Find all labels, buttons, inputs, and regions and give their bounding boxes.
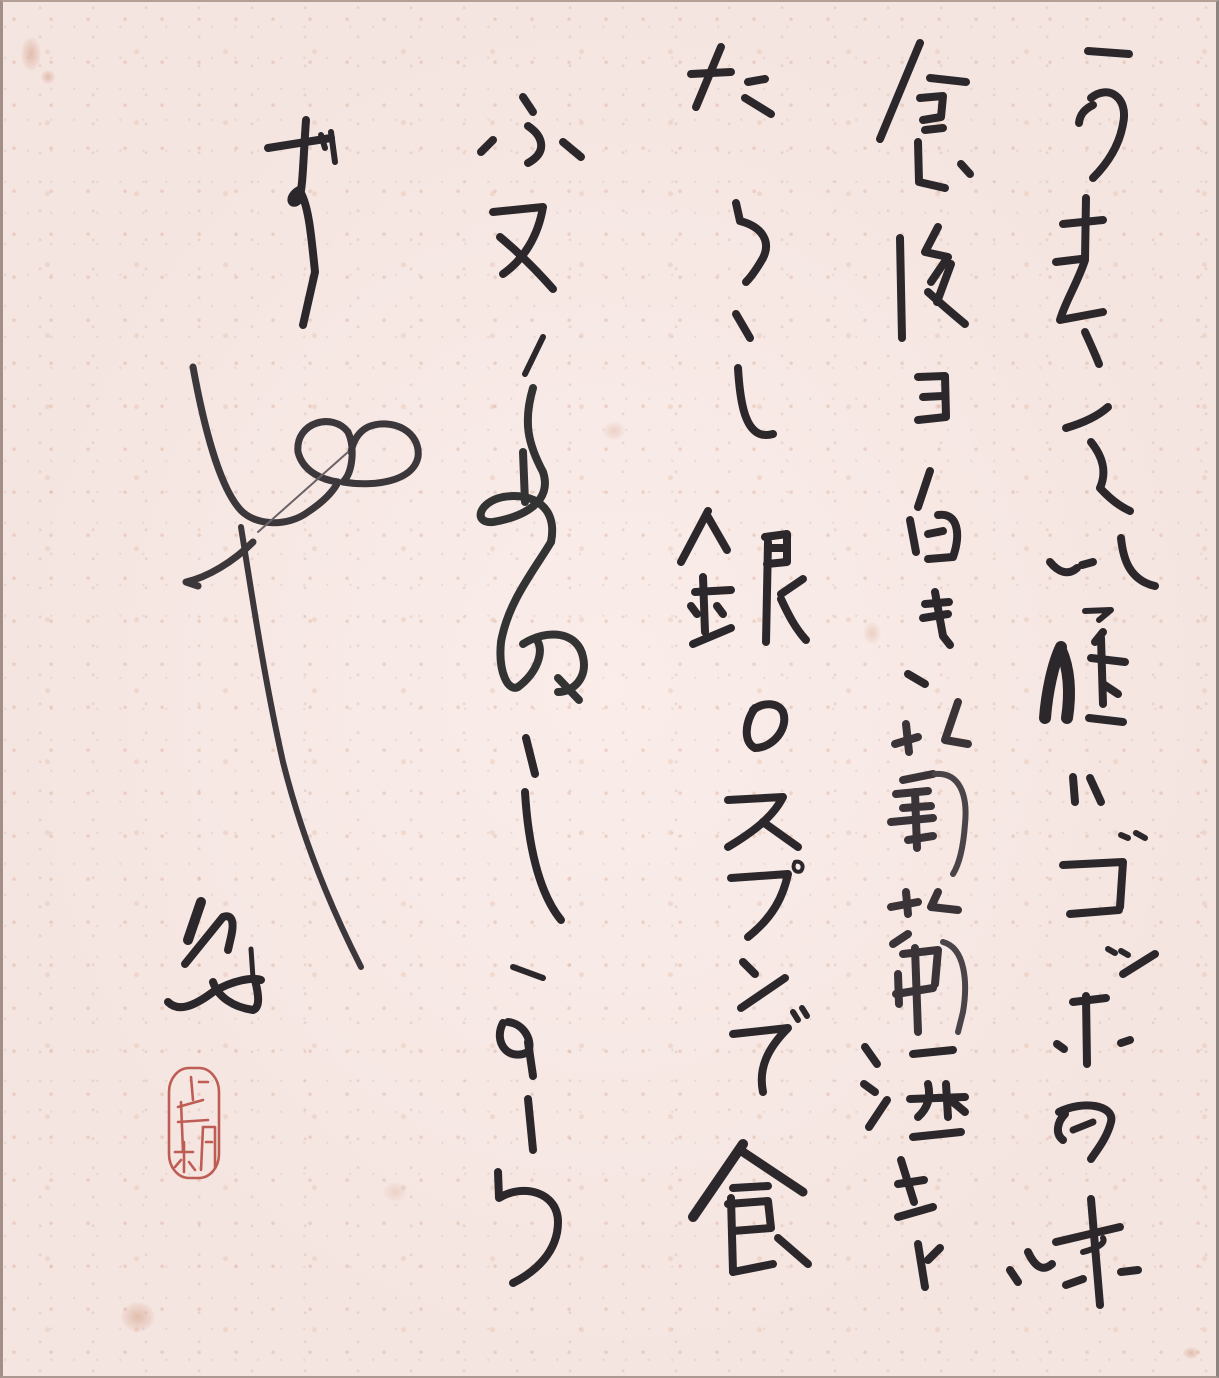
poem-column-5: ずや: [188, 117, 408, 677]
artist-signature: 魯: [168, 902, 268, 1010]
shikishi-paper: このまてこいし鮭ハゴッホの味 食後ヨ白き葡萄酒ちと たらし銀のスプンで食 ふ又た…: [0, 0, 1219, 1378]
red-seal-stamp: [169, 1068, 219, 1178]
poem-column-3: たらし銀のスプンで食: [693, 42, 777, 1282]
poem-column-4: ふ又たのしから: [478, 92, 578, 1282]
poem-column-1: このまてこいし鮭ハゴッホの味: [1053, 42, 1125, 1106]
poem-column-2: 食後ヨ白き葡萄酒ちと: [878, 42, 962, 1282]
